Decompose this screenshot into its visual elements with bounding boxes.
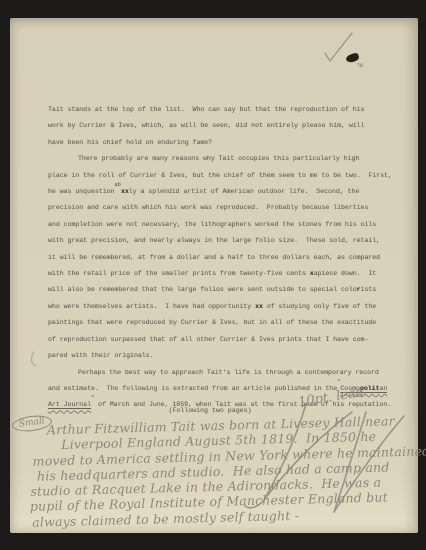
typed-line: with great precision, and nearly always …: [48, 233, 410, 249]
typed-line: it will be remembered, at from a dollar …: [48, 250, 410, 266]
typed-line: precision and care with which his work w…: [48, 200, 410, 216]
typed-line: and completion were not necessary, the l…: [48, 217, 410, 233]
typed-line: There probably are many reasons why Tait…: [48, 151, 410, 167]
typed-line: will also be remembered that the large f…: [48, 282, 410, 298]
page-number: 78: [357, 63, 363, 69]
typed-line: of reproduction surpassed that of all ot…: [48, 332, 410, 348]
manuscript-page: 78 Tait stands at the top of the list. W…: [10, 18, 418, 533]
typed-line: Tait stands at the top of the list. Who …: [48, 102, 410, 118]
scan-background: 78 Tait stands at the top of the list. W…: [0, 0, 426, 550]
typed-line: place in the roll of Currier & Ives, but…: [48, 168, 410, 184]
handwritten-note: Arthur Fitzwilliam Tait was born at Live…: [9, 413, 417, 531]
following-pages-note: (Following two pages): [90, 407, 330, 414]
typed-line: pared with their originals.: [48, 348, 410, 364]
typed-line: who were themselves artists. I have had …: [48, 299, 410, 315]
typed-line: he was unquestionabxxly a splendid artis…: [48, 184, 410, 200]
typed-line: with the retail price of the smaller pri…: [48, 266, 410, 282]
typed-line: Perhaps the best way to approach Tait's …: [48, 365, 410, 381]
typed-text-block: Tait stands at the top of the list. Who …: [48, 102, 410, 414]
typed-line: paintings that were reproduced by Currie…: [48, 315, 410, 331]
typed-line: work by Currier & Ives, which, as will b…: [48, 118, 410, 134]
typed-line: have been his chief hold on enduring fam…: [48, 135, 410, 151]
